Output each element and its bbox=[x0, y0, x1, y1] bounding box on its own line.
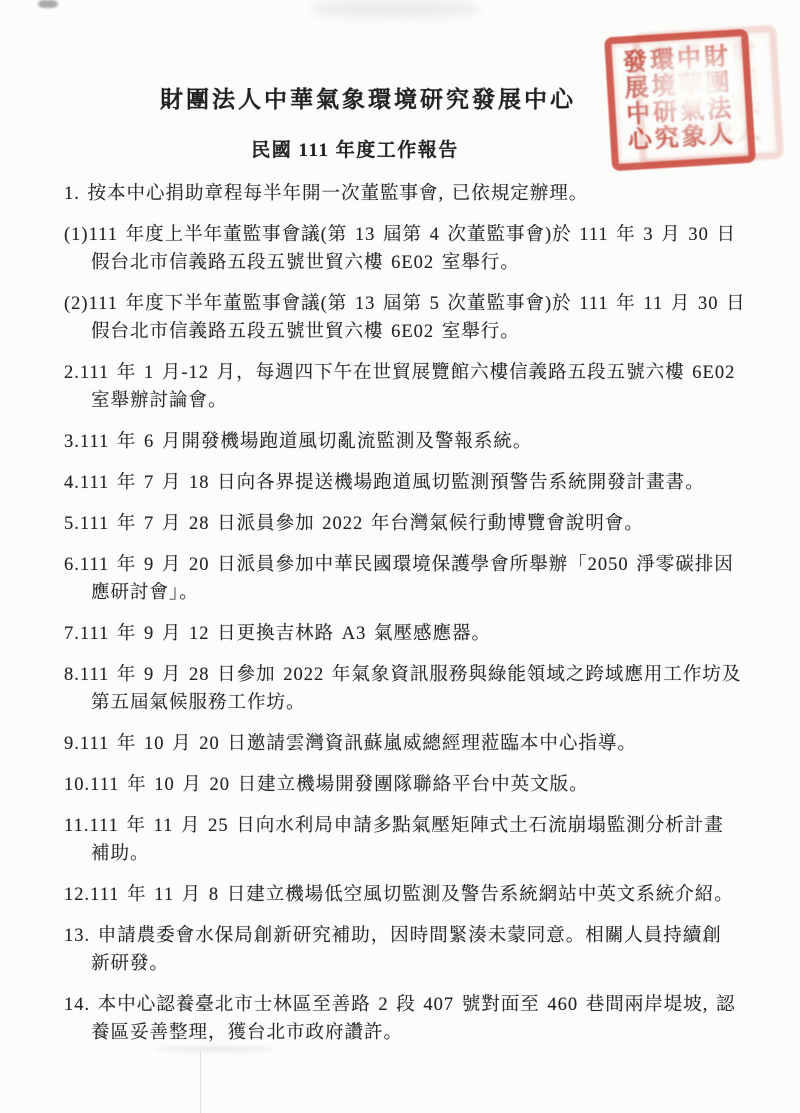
report-item-line: 3.111 年 6 月開發機場跑道風切亂流監測及警報系統。 bbox=[91, 428, 744, 456]
report-item: 3.111 年 6 月開發機場跑道風切亂流監測及警報系統。 bbox=[64, 428, 744, 456]
report-item: 11.111 年 11 月 25 日向水利局申請多點氣壓矩陣式土石流崩塌監測分析… bbox=[64, 812, 744, 868]
report-item: 7.111 年 9 月 12 日更換吉林路 A3 氣壓感應器。 bbox=[64, 620, 744, 648]
item-text: 應研討會」。 bbox=[91, 583, 199, 603]
report-item: 8.111 年 9 月 28 日參加 2022 年氣象資訊服務與綠能領域之跨域應… bbox=[64, 661, 744, 717]
item-text: 111 年度下半年董監事會議(第 13 屆第 5 次董監事會)於 111 年 1… bbox=[89, 294, 746, 314]
report-item-line: 2.111 年 1 月-12 月，每週四下午在世貿展覽館六樓信義路五段五號六樓 … bbox=[91, 359, 744, 387]
item-text: 111 年 10 月 20 日邀請雲灣資訊蘇嵐威總經理蒞臨本中心指導。 bbox=[80, 734, 637, 754]
report-item: 6.111 年 9 月 20 日派員參加中華民國環境保護學會所舉辦「2050 淨… bbox=[64, 551, 744, 607]
item-number: 14. bbox=[64, 995, 90, 1015]
report-item-line: 新研發。 bbox=[91, 950, 744, 978]
item-number: 2. bbox=[64, 363, 80, 383]
report-item-line: 4.111 年 7 月 18 日向各界提送機場跑道風切監測預警告系統開發計畫書。 bbox=[91, 469, 744, 497]
report-item-line: 14. 本中心認養臺北市士林區至善路 2 段 407 號對面至 460 巷間兩岸… bbox=[91, 991, 744, 1019]
scan-artifact bbox=[38, 0, 58, 8]
report-item: 12.111 年 11 月 8 日建立機場低空風切監測及警告系統網站中英文系統介… bbox=[64, 881, 744, 909]
item-number: 13. bbox=[64, 926, 90, 946]
item-text: 申請農委會水保局創新研究補助，因時間緊湊未蒙同意。相關人員持續創 bbox=[90, 926, 722, 946]
report-item-line: 假台北市信義路五段五號世貿六樓 6E02 室舉行。 bbox=[91, 318, 744, 346]
scan-artifact bbox=[200, 1052, 201, 1113]
report-item: 2.111 年 1 月-12 月，每週四下午在世貿展覽館六樓信義路五段五號六樓 … bbox=[64, 359, 744, 415]
report-item-line: 8.111 年 9 月 28 日參加 2022 年氣象資訊服務與綠能領域之跨域應… bbox=[91, 661, 744, 689]
item-number: (2) bbox=[64, 294, 89, 314]
item-number: 4. bbox=[64, 473, 80, 493]
scanned-report-page: 財團法人中華氣象環境研究發展中心 財團法人中華氣象環境研究發展中心 財團法人中華… bbox=[0, 0, 800, 1113]
item-text: 111 年 7 月 18 日向各界提送機場跑道風切監測預警告系統開發計畫書。 bbox=[80, 473, 705, 493]
item-text: 111 年 1 月-12 月，每週四下午在世貿展覽館六樓信義路五段五號六樓 6E… bbox=[80, 363, 735, 383]
report-item-line: 1. 按本中心捐助章程每半年開一次董監事會, 已依規定辦理。 bbox=[91, 180, 744, 208]
item-text: 室舉辦討論會。 bbox=[91, 391, 228, 411]
report-item-line: 9.111 年 10 月 20 日邀請雲灣資訊蘇嵐威總經理蒞臨本中心指導。 bbox=[91, 730, 744, 758]
item-text: 111 年 10 月 20 日建立機場開發團隊聯絡平台中英文版。 bbox=[90, 775, 589, 795]
report-item-line: 7.111 年 9 月 12 日更換吉林路 A3 氣壓感應器。 bbox=[91, 620, 744, 648]
item-text: 新研發。 bbox=[91, 954, 169, 974]
item-text: 本中心認養臺北市士林區至善路 2 段 407 號對面至 460 巷間兩岸堤坡, … bbox=[90, 995, 735, 1015]
report-item: 1. 按本中心捐助章程每半年開一次董監事會, 已依規定辦理。 bbox=[64, 180, 744, 208]
item-text: 按本中心捐助章程每半年開一次董監事會, 已依規定辦理。 bbox=[80, 184, 588, 204]
report-item-line: 6.111 年 9 月 20 日派員參加中華民國環境保護學會所舉辦「2050 淨… bbox=[91, 551, 744, 579]
report-item: 13. 申請農委會水保局創新研究補助，因時間緊湊未蒙同意。相關人員持續創新研發。 bbox=[64, 922, 744, 978]
report-item: 4.111 年 7 月 18 日向各界提送機場跑道風切監測預警告系統開發計畫書。 bbox=[64, 469, 744, 497]
organization-seal: 財團法人中華氣象環境研究發展中心 bbox=[604, 29, 756, 172]
item-number: (1) bbox=[64, 225, 89, 245]
report-item-line: 10.111 年 10 月 20 日建立機場開發團隊聯絡平台中英文版。 bbox=[91, 771, 744, 799]
item-text: 養區妥善整理，獲台北市政府讚許。 bbox=[91, 1023, 403, 1043]
item-text: 111 年 7 月 28 日派員參加 2022 年台灣氣候行動博覽會說明會。 bbox=[80, 514, 644, 534]
item-number: 3. bbox=[64, 432, 80, 452]
item-number: 8. bbox=[64, 665, 80, 685]
report-item: 14. 本中心認養臺北市士林區至善路 2 段 407 號對面至 460 巷間兩岸… bbox=[64, 991, 744, 1047]
report-item-line: 假台北市信義路五段五號世貿六樓 6E02 室舉行。 bbox=[91, 249, 744, 277]
report-item-line: 補助。 bbox=[91, 840, 744, 868]
report-item-line: 室舉辦討論會。 bbox=[91, 387, 744, 415]
item-number: 9. bbox=[64, 734, 80, 754]
item-text: 111 年 9 月 28 日參加 2022 年氣象資訊服務與綠能領域之跨域應用工… bbox=[80, 665, 742, 685]
report-item-line: (2)111 年度下半年董監事會議(第 13 屆第 5 次董監事會)於 111 … bbox=[91, 290, 744, 318]
document-title: 財團法人中華氣象環境研究發展中心 bbox=[160, 84, 576, 116]
report-item: 10.111 年 10 月 20 日建立機場開發團隊聯絡平台中英文版。 bbox=[64, 771, 744, 799]
item-text: 第五屆氣候服務工作坊。 bbox=[91, 693, 306, 713]
report-item: (1)111 年度上半年董監事會議(第 13 屆第 4 次董監事會)於 111 … bbox=[64, 221, 744, 277]
item-text: 111 年 11 月 8 日建立機場低空風切監測及警告系統網站中英文系統介紹。 bbox=[90, 885, 734, 905]
report-item-line: 5.111 年 7 月 28 日派員參加 2022 年台灣氣候行動博覽會說明會。 bbox=[91, 510, 744, 538]
item-number: 10. bbox=[64, 775, 90, 795]
report-item-line: 12.111 年 11 月 8 日建立機場低空風切監測及警告系統網站中英文系統介… bbox=[91, 881, 744, 909]
item-number: 6. bbox=[64, 555, 80, 575]
item-text: 111 年 9 月 20 日派員參加中華民國環境保護學會所舉辦「2050 淨零碳… bbox=[80, 555, 734, 575]
report-item-line: 應研討會」。 bbox=[91, 579, 744, 607]
report-item-line: 養區妥善整理，獲台北市政府讚許。 bbox=[91, 1019, 744, 1047]
item-text: 假台北市信義路五段五號世貿六樓 6E02 室舉行。 bbox=[91, 322, 520, 342]
report-item-line: 第五屆氣候服務工作坊。 bbox=[91, 689, 744, 717]
item-text: 111 年 6 月開發機場跑道風切亂流監測及警報系統。 bbox=[80, 432, 533, 452]
seal-text: 財團法人中華氣象環境研究發展中心 bbox=[617, 43, 731, 155]
report-item: (2)111 年度下半年董監事會議(第 13 屆第 5 次董監事會)於 111 … bbox=[64, 290, 744, 346]
item-number: 12. bbox=[64, 885, 90, 905]
report-item: 9.111 年 10 月 20 日邀請雲灣資訊蘇嵐威總經理蒞臨本中心指導。 bbox=[64, 730, 744, 758]
document-subtitle: 民國 111 年度工作報告 bbox=[251, 138, 458, 164]
item-text: 補助。 bbox=[91, 844, 150, 864]
item-number: 5. bbox=[64, 514, 80, 534]
report-item-line: 13. 申請農委會水保局創新研究補助，因時間緊湊未蒙同意。相關人員持續創 bbox=[91, 922, 744, 950]
report-items: 1. 按本中心捐助章程每半年開一次董監事會, 已依規定辦理。(1)111 年度上… bbox=[64, 180, 744, 1047]
item-number: 7. bbox=[64, 624, 80, 644]
item-text: 111 年 11 月 25 日向水利局申請多點氣壓矩陣式土石流崩塌監測分析計畫 bbox=[89, 816, 723, 836]
report-item-line: (1)111 年度上半年董監事會議(第 13 屆第 4 次董監事會)於 111 … bbox=[91, 221, 744, 249]
item-text: 111 年 9 月 12 日更換吉林路 A3 氣壓感應器。 bbox=[80, 624, 491, 644]
report-item: 5.111 年 7 月 28 日派員參加 2022 年台灣氣候行動博覽會說明會。 bbox=[64, 510, 744, 538]
item-text: 111 年度上半年董監事會議(第 13 屆第 4 次董監事會)於 111 年 3… bbox=[89, 225, 736, 245]
scan-artifact bbox=[310, 0, 480, 18]
item-number: 11. bbox=[64, 816, 89, 836]
item-text: 假台北市信義路五段五號世貿六樓 6E02 室舉行。 bbox=[91, 253, 520, 273]
report-item-line: 11.111 年 11 月 25 日向水利局申請多點氣壓矩陣式土石流崩塌監測分析… bbox=[91, 812, 744, 840]
item-number: 1. bbox=[64, 184, 80, 204]
